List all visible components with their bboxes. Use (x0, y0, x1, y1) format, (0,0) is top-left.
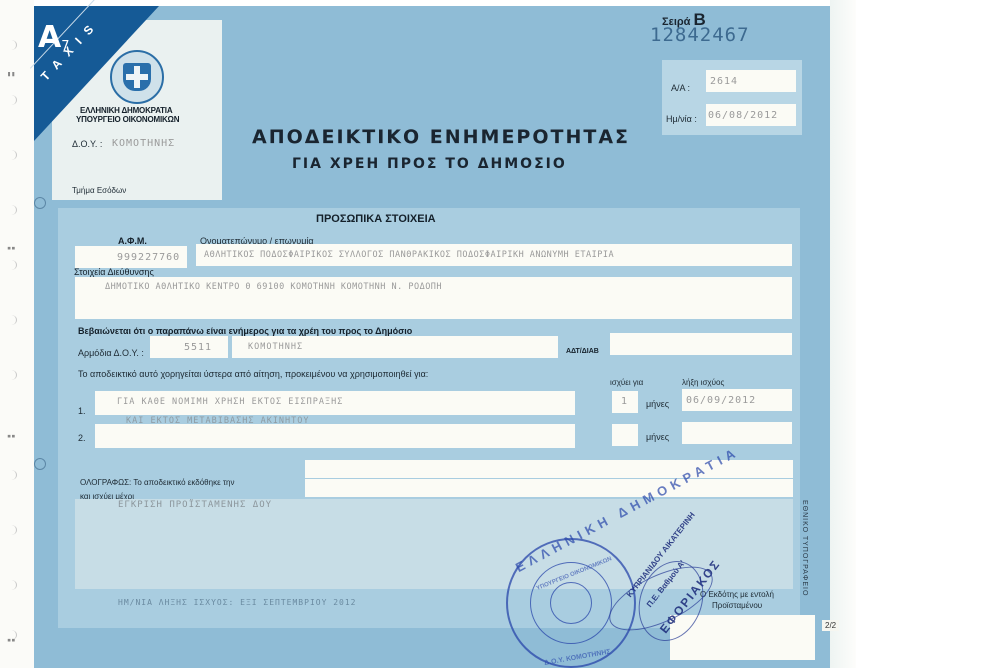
expiry-field (682, 422, 792, 444)
expiry-value: 06/09/2012 (686, 395, 756, 406)
competent-doy-code: 5511 (184, 342, 212, 353)
afm-value: 999227760 (117, 252, 180, 263)
competent-doy-code-field: 5511 (150, 336, 228, 358)
expiry-label: λήξη ισχύος (682, 378, 724, 387)
competent-doy-name-field: ΚΟΜΟΤΗΝΗΣ (232, 336, 558, 358)
competent-doy-label: Αρμόδια Δ.Ο.Υ. : (78, 348, 144, 358)
adt-field (610, 333, 792, 355)
strip-mark: ▪▪ (7, 244, 15, 252)
sheet-edge (830, 0, 856, 668)
doy-value: ΚΟΜΟΤΗΝΗΣ (112, 138, 175, 149)
purpose-field: ΓΙΑ ΚΑΘΕ ΝΟΜΙΜΗ ΧΡΗΣΗ ΕΚΤΟΣ ΕΙΣΠΡΑΞΗΣ (95, 391, 575, 415)
perforation-hole (6, 370, 17, 380)
aa-label: Α/Α : (671, 83, 690, 93)
perforation-hole (6, 470, 17, 480)
personal-section-title: ΠΡΟΣΩΠΙΚΑ ΣΤΟΙΧΕΙΑ (316, 213, 436, 225)
address-value: ΔΗΜΟΤΙΚΟ ΑΘΛΗΤΙΚΟ ΚΕΝΤΡΟ 0 69100 ΚΟΜΟΤΗΝ… (105, 282, 442, 292)
certification-statement: Βεβαιώνεται ότι ο παραπάνω είναι ενήμερο… (78, 326, 412, 336)
department-label: Τμήμα Εσόδων (72, 186, 126, 195)
approval-text: ΕΓΚΡΙΣΗ ΠΡΟΪΣΤΑΜΕΝΗΣ ΔΟΥ (118, 500, 272, 510)
purpose-number: 2. (78, 433, 86, 443)
months-field (612, 424, 638, 446)
strip-mark: ▮▮ (7, 70, 15, 78)
purpose-intro: Το αποδεικτικό αυτό χορηγείται ύστερα απ… (78, 369, 428, 379)
months-value: 1 (621, 396, 628, 407)
ministry-label: ΥΠΟΥΡΓΕΙΟ ΟΙΚΟΝΟΜΙΚΩΝ (76, 115, 179, 124)
purpose-number: 1. (78, 406, 86, 416)
aa-value: 2614 (710, 76, 738, 87)
date-label: Ημ/νία : (666, 114, 697, 124)
document-title: ΑΠΟΔΕΙΚΤΙΚΟ ΕΝΗΜΕΡΟΤΗΤΑΣ (252, 126, 630, 148)
address-field: ΔΗΜΟΤΙΚΟ ΑΘΛΗΤΙΚΟ ΚΕΝΤΡΟ 0 69100 ΚΟΜΟΤΗΝ… (75, 277, 792, 319)
issuer-label-sub: Προϊσταμένου (712, 601, 762, 610)
doy-label: Δ.Ο.Υ. : (72, 139, 102, 149)
binder-hole (34, 458, 46, 470)
perforation-hole (6, 205, 17, 215)
perforation-hole (6, 95, 17, 105)
validity-label: ισχύει για (610, 378, 643, 387)
perforation-hole (6, 40, 17, 50)
date-field: 06/08/2012 (706, 104, 796, 126)
republic-label: ΕΛΛΗΝΙΚΗ ΔΗΜΟΚΡΑΤΙΑ (80, 106, 172, 115)
perforation-hole (6, 260, 17, 270)
address-label: Στοιχεία Διεύθυνσης (74, 267, 154, 277)
afm-field: 999227760 (75, 246, 187, 268)
afm-label: Α.Φ.Μ. (118, 236, 147, 246)
months-field: 1 (612, 391, 638, 413)
purpose-field (95, 424, 575, 448)
name-value: ΑΘΛΗΤΙΚΟΣ ΠΟΔΟΣΦΑΙΡΙΚΟΣ ΣΥΛΛΟΓΟΣ ΠΑΝΘΡΑΚ… (204, 250, 614, 260)
competent-doy-name: ΚΟΜΟΤΗΝΗΣ (248, 342, 303, 352)
serial-number: 12842467 (650, 24, 750, 46)
months-label: μήνες (646, 399, 669, 409)
perforation-hole (6, 315, 17, 325)
aa-field: 2614 (706, 70, 796, 92)
expiry-words: ΗΜ/ΝΙΑ ΛΗΞΗΣ ΙΣΧΥΟΣ: ΕΞΙ ΣΕΠΤΕΜΒΡΙΟΥ 201… (118, 598, 356, 607)
greek-coat-of-arms-icon (110, 50, 164, 104)
page-marker: 2/2 (822, 620, 839, 631)
date-value: 06/08/2012 (708, 110, 778, 121)
months-label: μήνες (646, 432, 669, 442)
strip-mark: ▪▪ (7, 432, 15, 440)
purpose-line-1: ΓΙΑ ΚΑΘΕ ΝΟΜΙΜΗ ΧΡΗΣΗ ΕΚΤΟΣ ΕΙΣΠΡΑΞΗΣ (117, 397, 343, 407)
issuer-label: Ο Εκδότης με εντολή (700, 590, 774, 599)
perforation-hole (6, 580, 17, 590)
stamp-emblem-icon (550, 582, 592, 624)
words-label-issued: ΟΛΟΓΡΑΦΩΣ: Το αποδεικτικό εκδόθηκε την (80, 478, 234, 487)
binder-hole (34, 197, 46, 209)
perforation-hole (6, 150, 17, 160)
perforated-strip: ▮▮ ▪▪ ▪▪ ▪▪ (0, 0, 34, 668)
adt-label: ΑΔΤ/ΔΙΑΒ (566, 348, 599, 355)
expiry-field: 06/09/2012 (682, 389, 792, 411)
perforation-hole (6, 525, 17, 535)
name-field: ΑΘΛΗΤΙΚΟΣ ΠΟΔΟΣΦΑΙΡΙΚΟΣ ΣΥΛΛΟΓΟΣ ΠΑΝΘΡΑΚ… (196, 244, 792, 266)
side-print-text: ΕΘΝΙΚΟ ΤΥΠΟΓΡΑΦΕΙΟ (801, 500, 808, 596)
valid-until-words-field (305, 479, 793, 497)
strip-mark: ▪▪ (7, 636, 15, 644)
document-subtitle: ΓΙΑ ΧΡΕΗ ΠΡΟΣ ΤΟ ΔΗΜΟΣΙΟ (292, 156, 567, 172)
